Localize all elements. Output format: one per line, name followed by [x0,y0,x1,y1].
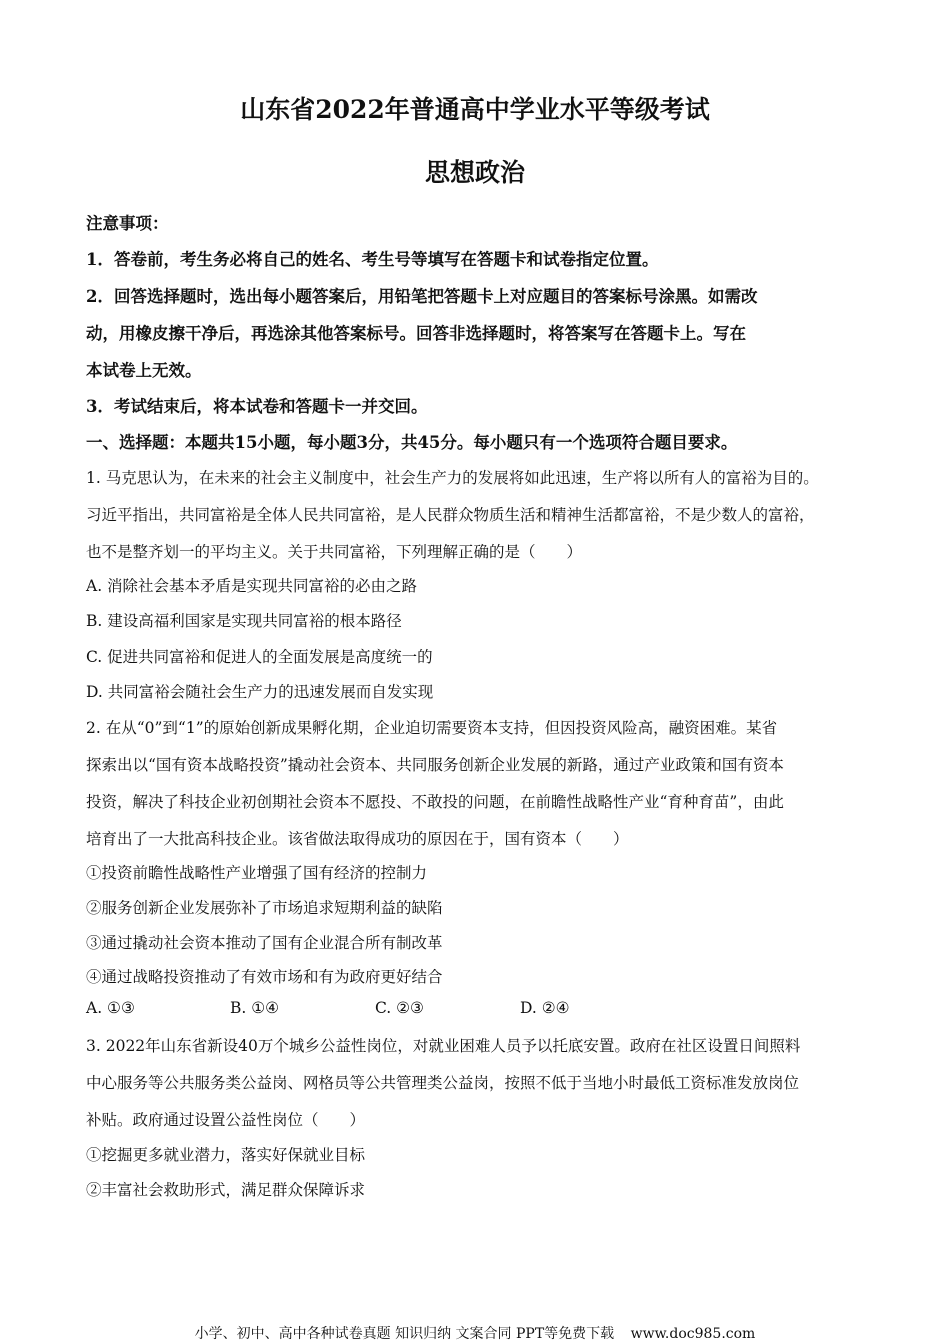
question-2-stem: 2. 在从“0”到“1”的原始创新成果孵化期，企业迫切需要资本支持，但因投资风险… [86,716,777,738]
question-3-statement: ②丰富社会救助形式，满足群众保障诉求 [86,1178,365,1200]
page-footer: 小学、初中、高中各种试卷真题 知识归纳 文案合同 PPT等免费下载 www.do… [0,1323,950,1343]
question-2-stem: 探索出以“国有资本战略投资”撬动社会资本、共同服务创新企业发展的新路，通过产业政… [86,753,784,775]
footer-link[interactable]: www.doc985.com [631,1326,756,1342]
notice-heading: 注意事项： [86,210,169,234]
notice-item: 3．考试结束后，将本试卷和答题卡一并交回。 [86,393,427,417]
question-1-option-d: D. 共同富裕会随社会生产力的迅速发展而自发实现 [86,680,433,702]
footer-text: 小学、初中、高中各种试卷真题 知识归纳 文案合同 PPT等免费下载 [195,1326,615,1342]
question-1-option-c: C. 促进共同富裕和促进人的全面发展是高度统一的 [86,645,433,667]
question-3-stem: 3. 2022年山东省新设40万个城乡公益性岗位，对就业困难人员予以托底安置。政… [86,1034,800,1056]
question-2-statement: ③通过撬动社会资本推动了国有企业混合所有制改革 [86,931,443,953]
question-1-stem: 1. 马克思认为，在未来的社会主义制度中，社会生产力的发展将如此迅速，生产将以所… [86,466,819,488]
question-3-stem: 补贴。政府通过设置公益性岗位（ ） [86,1108,365,1130]
question-1-stem: 习近平指出，共同富裕是全体人民共同富裕，是人民群众物质生活和精神生活都富裕，不是… [86,503,815,525]
question-2-stem: 培育出了一大批高科技企业。该省做法取得成功的原因在于，国有资本（ ） [86,827,629,849]
question-1-option-b: B. 建设高福利国家是实现共同富裕的根本路径 [86,609,402,631]
exam-title: 山东省2022年普通高中学业水平等级考试 [0,90,950,126]
question-2-statement: ②服务创新企业发展弥补了市场追求短期利益的缺陷 [86,896,443,918]
question-2-statement: ④通过战略投资推动了有效市场和有为政府更好结合 [86,965,443,987]
question-1-option-a: A. 消除社会基本矛盾是实现共同富裕的必由之路 [86,574,417,596]
question-2-option-c: C. ②③ [375,999,424,1017]
question-3-stem: 中心服务等公共服务类公益岗、网格员等公共管理类公益岗，按照不低于当地小时最低工资… [86,1071,799,1093]
question-2-statement: ①投资前瞻性战略性产业增强了国有经济的控制力 [86,861,427,883]
section-heading: 一、选择题：本题共15小题，每小题3分，共45分。每小题只有一个选项符合题目要求… [86,429,737,453]
question-2-option-b: B. ①④ [230,999,279,1017]
question-3-statement: ①挖掘更多就业潜力，落实好保就业目标 [86,1143,365,1165]
question-2-option-d: D. ②④ [520,999,570,1017]
question-2-option-a: A. ①③ [86,999,135,1017]
question-1-stem: 也不是整齐划一的平均主义。关于共同富裕，下列理解正确的是（ ） [86,540,582,562]
question-2-stem: 投资，解决了科技企业初创期社会资本不愿投、不敢投的问题，在前瞻性战略性产业“育种… [86,790,784,812]
subject-title: 思想政治 [0,153,950,189]
notice-item: 本试卷上无效。 [86,357,202,381]
notice-item: 动，用橡皮擦干净后，再选涂其他答案标号。回答非选择题时，将答案写在答题卡上。写在 [86,320,746,344]
notice-item: 1．答卷前，考生务必将自己的姓名、考生号等填写在答题卡和试卷指定位置。 [86,246,658,270]
notice-item: 2．回答选择题时，选出每小题答案后，用铅笔把答题卡上对应题目的答案标号涂黑。如需… [86,283,757,307]
